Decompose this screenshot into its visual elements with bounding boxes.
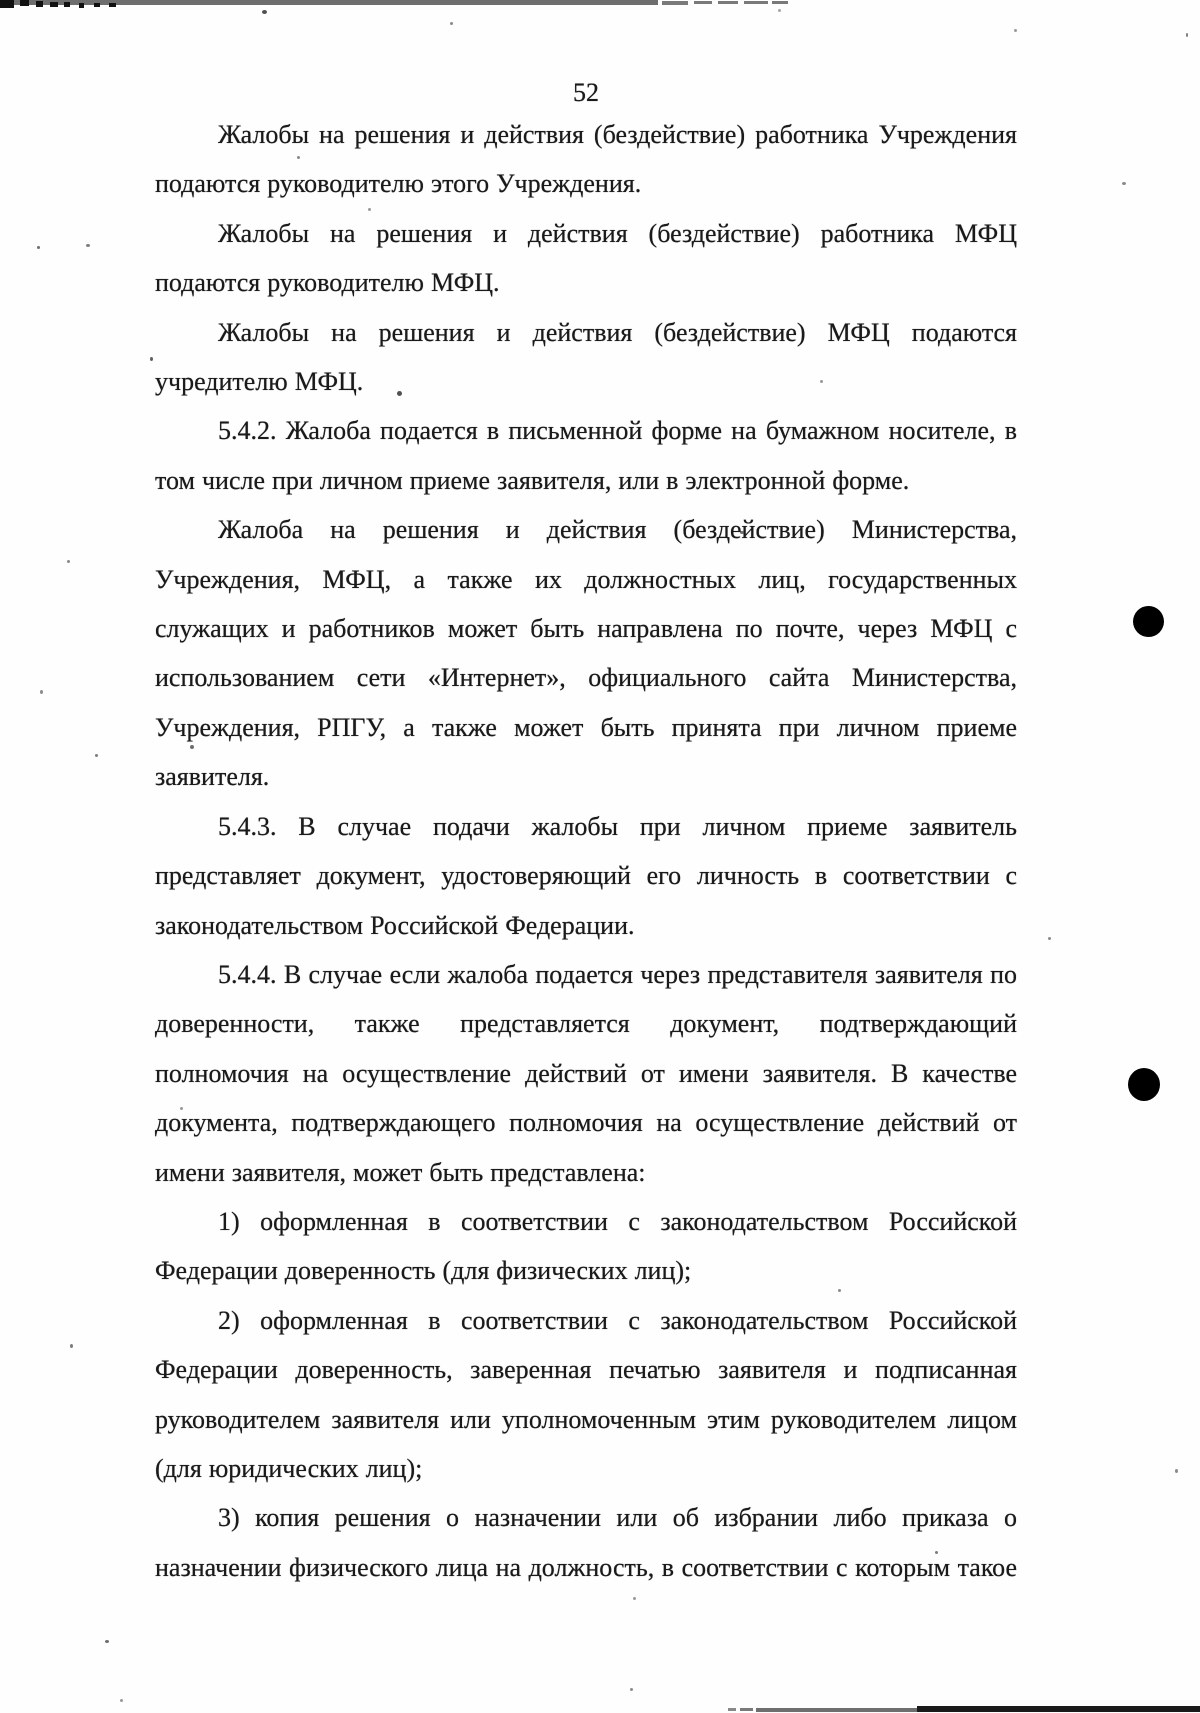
text-line: заявителя. — [155, 752, 1017, 801]
text-line: Жалоба на решения и действия (бездействи… — [155, 505, 1017, 554]
scan-speck — [1122, 182, 1126, 185]
scan-speck — [1014, 29, 1017, 32]
scan-mark — [64, 2, 70, 7]
scan-mark — [36, 1, 43, 7]
scan-speck — [450, 22, 453, 25]
scan-mark — [50, 2, 58, 7]
scan-mark — [94, 3, 100, 7]
text-line: полномочия на осуществление действий от … — [155, 1049, 1017, 1098]
scan-speck — [297, 156, 300, 159]
scan-edge-bar-bottom — [917, 1706, 1200, 1712]
scan-edge-dash — [728, 1708, 736, 1711]
scan-speck — [180, 1107, 183, 1110]
scan-speck — [86, 244, 90, 247]
text-line: 1) оформленная в соответствии с законода… — [155, 1197, 1017, 1246]
text-line: служащих и работников может быть направл… — [155, 604, 1017, 653]
text-line: имени заявителя, может быть представлена… — [155, 1148, 1017, 1197]
scan-mark — [109, 3, 116, 7]
text-line: Жалобы на решения и действия (бездействи… — [155, 209, 1017, 258]
scan-speck — [838, 1289, 841, 1292]
scan-speck — [820, 380, 823, 383]
scan-speck — [40, 690, 43, 694]
text-line: (для юридических лиц); — [155, 1444, 1017, 1493]
scan-speck — [1048, 937, 1051, 940]
text-line: 5.4.2. Жалоба подается в письменной форм… — [155, 406, 1017, 455]
scan-edge-dash — [718, 1, 738, 4]
text-line: том числе при личном приеме заявителя, и… — [155, 456, 1017, 505]
scan-speck — [150, 357, 153, 361]
scan-mark — [0, 0, 14, 8]
text-line: документа, подтверждающего полномочия на… — [155, 1098, 1017, 1147]
ink-dot-artifact — [1133, 606, 1164, 637]
scan-speck — [630, 1688, 633, 1691]
scan-edge-dash — [744, 1, 768, 4]
text-line: доверенности, также представляется докум… — [155, 999, 1017, 1048]
text-line: руководителем заявителя или уполномоченн… — [155, 1395, 1017, 1444]
text-line: Жалобы на решения и действия (бездействи… — [155, 110, 1017, 159]
text-line: учредителю МФЦ. — [155, 357, 1017, 406]
scan-speck — [190, 745, 194, 749]
scan-speck — [70, 1344, 73, 1348]
text-line: Федерации доверенность, заверенная печат… — [155, 1345, 1017, 1394]
scan-speck — [935, 1551, 938, 1554]
scan-speck — [397, 391, 402, 396]
scanned-document-page: 52 Жалобы на решения и действия (бездейс… — [0, 0, 1200, 1713]
text-line: подаются руководителю этого Учреждения. — [155, 159, 1017, 208]
text-line: назначении физического лица на должность… — [155, 1543, 1017, 1592]
scan-edge-bar-bottom — [756, 1708, 917, 1712]
scan-mark — [79, 3, 84, 8]
scan-speck — [67, 560, 70, 563]
scan-speck — [95, 754, 98, 757]
text-line: использованием сети «Интернет», официаль… — [155, 653, 1017, 702]
scan-speck — [740, 531, 744, 534]
ink-dot-artifact — [1128, 1068, 1160, 1101]
text-line: Учреждения, РПГУ, а также может быть при… — [155, 703, 1017, 752]
text-line: 5.4.4. В случае если жалоба подается чер… — [155, 950, 1017, 999]
text-line: Жалобы на решения и действия (бездействи… — [155, 308, 1017, 357]
scan-speck — [262, 10, 267, 14]
scan-edge-dash — [772, 1, 788, 4]
text-line: 5.4.3. В случае подачи жалобы при личном… — [155, 802, 1017, 851]
text-line: Федерации доверенность (для физических л… — [155, 1246, 1017, 1295]
scan-speck — [778, 9, 781, 12]
text-line: Учреждения, МФЦ, а также их должностных … — [155, 555, 1017, 604]
scan-speck — [105, 1640, 109, 1643]
scan-speck — [558, 1124, 561, 1127]
document-body: Жалобы на решения и действия (бездействи… — [155, 110, 1017, 1592]
scan-speck — [120, 1699, 123, 1702]
text-line: 3) копия решения о назначении или об изб… — [155, 1493, 1017, 1542]
scan-edge-dash — [694, 1, 712, 4]
scan-speck — [37, 246, 40, 249]
scan-edge-dash — [662, 1, 688, 5]
text-line: подаются руководителю МФЦ. — [155, 258, 1017, 307]
scan-speck — [1186, 33, 1188, 37]
scan-mark — [20, 0, 29, 6]
scan-edge-dash — [740, 1708, 753, 1711]
scan-speck — [1175, 1469, 1178, 1473]
scan-speck — [368, 208, 371, 211]
text-line: 2) оформленная в соответствии с законода… — [155, 1296, 1017, 1345]
scan-speck — [633, 1597, 636, 1600]
text-line: законодательством Российской Федерации. — [155, 901, 1017, 950]
text-line: представляет документ, удостоверяющий ег… — [155, 851, 1017, 900]
